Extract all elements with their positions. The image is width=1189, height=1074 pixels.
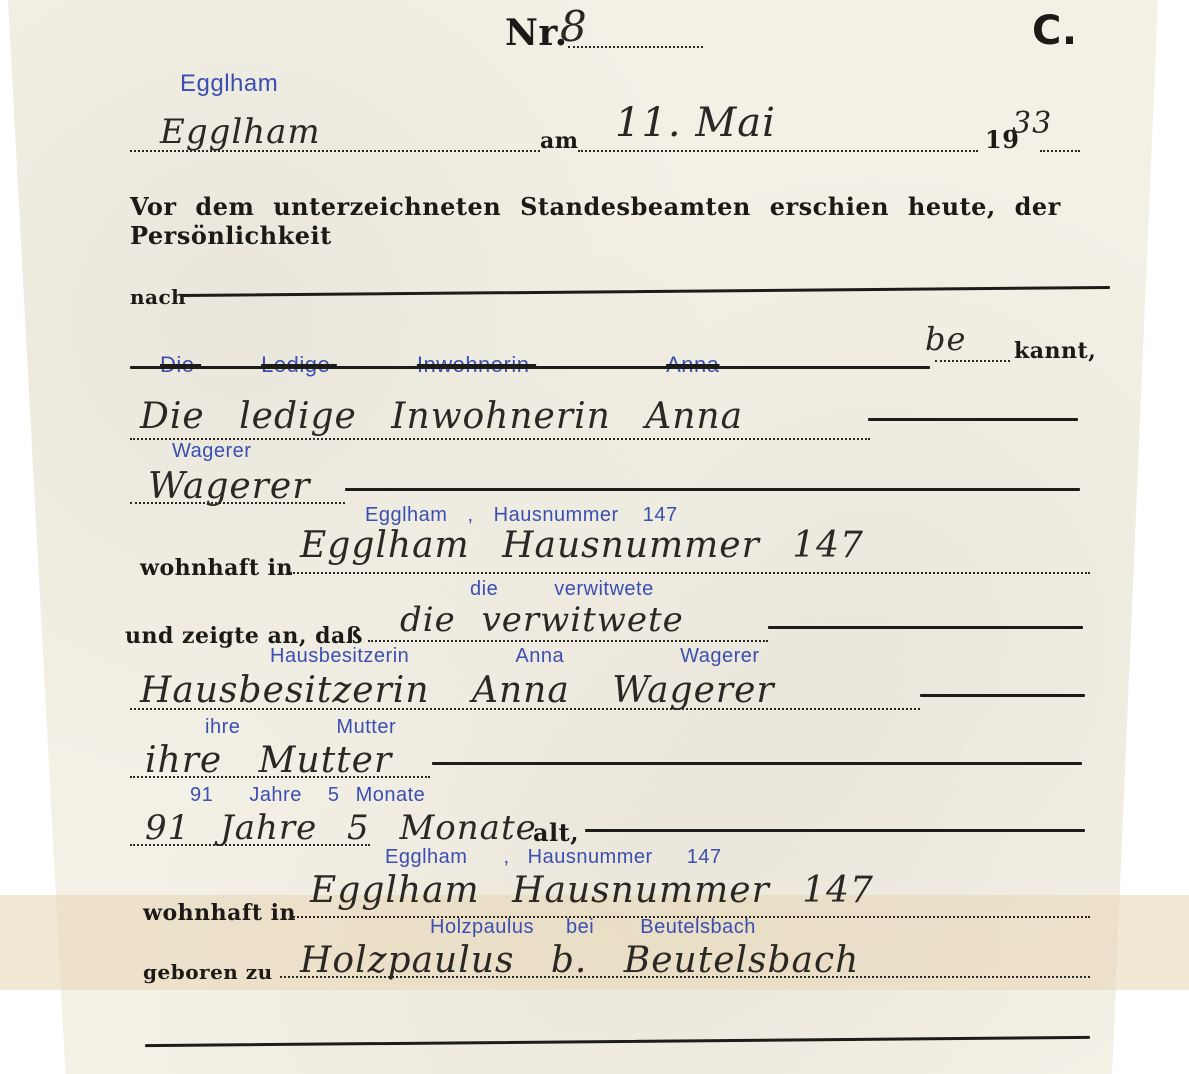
transcription-word: Egglham — [365, 504, 447, 526]
number-line — [568, 46, 703, 48]
informant-line2-dotline — [130, 502, 345, 504]
deceased-line3-solidline — [432, 762, 1082, 765]
transcription-word: , — [504, 846, 510, 868]
informant-line1-handwritten: Die ledige Inwohnerin Anna — [140, 396, 743, 437]
transcription-word: , — [468, 504, 474, 526]
age-suffix: alt, — [533, 818, 579, 847]
deceased-line2-handwritten: Hausbesitzerin Anna Wagerer — [140, 670, 775, 711]
deceased-line1-solidline — [768, 626, 1083, 629]
deceased-line3-transcription: ihre Mutter — [205, 716, 396, 739]
informant-residence-line — [290, 572, 1090, 574]
transcription-word: Mutter — [336, 716, 396, 738]
age-dotline — [130, 844, 370, 846]
transcription-word: Egglham — [385, 846, 467, 868]
transcription-word: 5 — [328, 784, 340, 806]
informant-line2-transcription: Wagerer — [172, 440, 251, 463]
transcription-word: Ledige — [261, 352, 330, 377]
deceased-line2-dotline — [130, 708, 920, 710]
date-handwritten: 11. Mai — [615, 100, 776, 146]
transcription-word: Wagerer — [680, 645, 759, 667]
birthplace-handwritten: Holzpaulus b. Beutelsbach — [300, 940, 859, 981]
form-letter: C. — [1032, 8, 1078, 54]
transcription-word: Anna — [515, 645, 564, 667]
deceased-residence-label: wohnhaft in — [143, 900, 296, 926]
birthplace-label: geboren zu — [143, 960, 273, 984]
age-handwritten: 91 Jahre 5 Monate — [145, 808, 537, 848]
number-label: Nr. — [505, 12, 568, 54]
transcription-word: 91 — [190, 784, 213, 806]
informant-residence-transcription: Egglham , Hausnummer 147 — [365, 504, 678, 527]
informant-line2-solidline — [345, 488, 1080, 491]
informant-residence-label: wohnhaft in — [140, 555, 293, 581]
age-solidline — [585, 829, 1085, 832]
bekannt-prefix: be — [925, 320, 966, 358]
deceased-line2-solidline — [920, 694, 1085, 697]
nach-label: nach — [130, 285, 186, 309]
transcription-word: Hausbesitzerin — [270, 645, 409, 667]
transcription-word: 147 — [687, 846, 722, 868]
number-value: 8 — [560, 2, 588, 51]
place-handwritten: Egglham — [160, 112, 321, 152]
year-handwritten: 33 — [1012, 106, 1052, 141]
date-line — [578, 150, 978, 152]
transcription-word: 147 — [643, 504, 678, 526]
year-line — [1040, 150, 1080, 152]
date-label: am — [540, 128, 579, 154]
deceased-line3-handwritten: ihre Mutter — [145, 740, 392, 781]
deceased-line1-dotline — [368, 640, 768, 642]
intro-text: Vor dem unterzeichneten Standesbeamten e… — [130, 192, 1189, 250]
transcription-word: Die — [160, 352, 195, 377]
transcription-word: Inwohnerin — [417, 352, 530, 377]
informant-line1-transcription: Die Ledige Inwohnerin Anna — [160, 352, 940, 378]
transcription-word: Monate — [356, 784, 426, 806]
bekannt-line — [935, 360, 1010, 362]
transcription-word: Hausnummer — [528, 846, 653, 868]
deceased-line2-transcription: Hausbesitzerin Anna Wagerer — [270, 645, 760, 668]
deceased-residence-handwritten: Egglham Hausnummer 147 — [310, 870, 874, 911]
informant-line1-solidline — [868, 418, 1078, 421]
place-transcription: Egglham — [180, 70, 278, 98]
transcription-word: Anna — [666, 352, 719, 377]
transcription-word: Beutelsbach — [640, 916, 756, 938]
transcription-word: Holzpaulus — [430, 916, 534, 938]
deceased-line1-transcription: die verwitwete — [470, 578, 654, 601]
informant-residence-handwritten: Egglham Hausnummer 147 — [300, 525, 864, 566]
transcription-word: verwitwete — [554, 578, 653, 600]
transcription-word: ihre — [205, 716, 240, 738]
deceased-line3-dotline — [130, 776, 430, 778]
informant-line2-handwritten: Wagerer — [148, 466, 310, 507]
transcription-word: die — [470, 578, 498, 600]
transcription-word: bei — [566, 916, 594, 938]
transcription-word: Hausnummer — [494, 504, 619, 526]
place-line — [130, 150, 540, 152]
birthplace-transcription: Holzpaulus bei Beutelsbach — [430, 916, 756, 939]
age-transcription: 91 Jahre 5 Monate — [190, 784, 425, 807]
strike-line — [130, 366, 930, 369]
deceased-line1-handwritten: die verwitwete — [400, 600, 684, 640]
deceased-residence-transcription: Egglham , Hausnummer 147 — [385, 846, 722, 869]
birthplace-line — [280, 976, 1090, 978]
bekannt-suffix: kannt, — [1014, 338, 1096, 364]
transcription-word: Jahre — [249, 784, 302, 806]
